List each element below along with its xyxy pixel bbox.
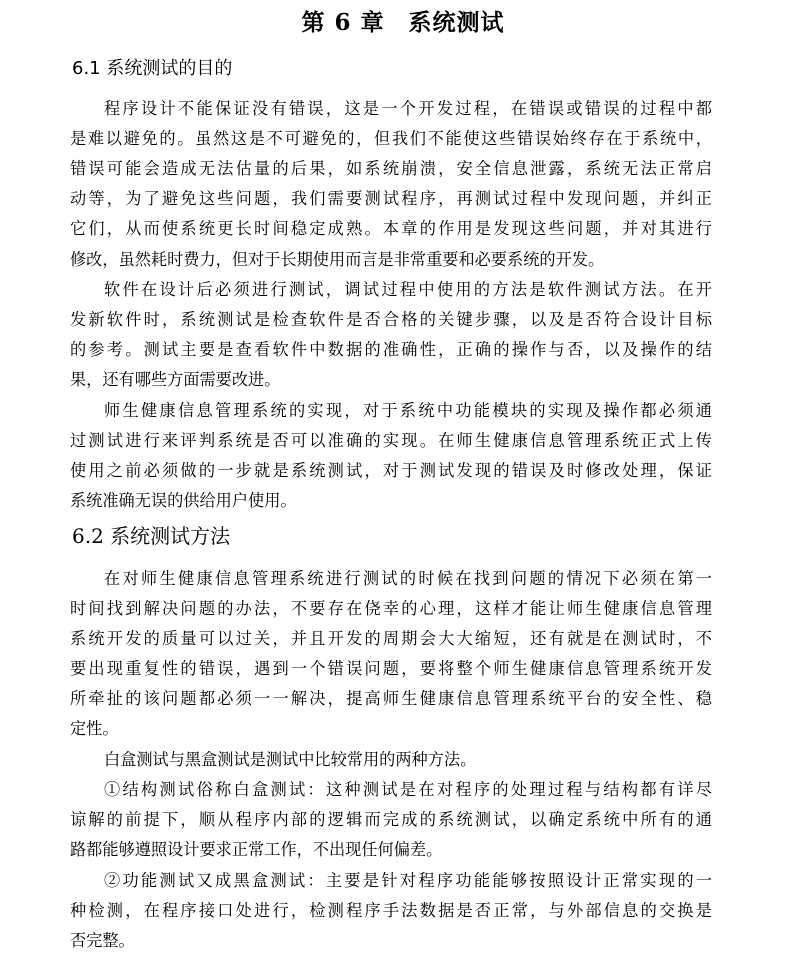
paragraph-line: ②功能测试又成黑盒测试：主要是针对程序功能能够按照设计正常实现的一 xyxy=(104,870,712,892)
paragraph-line: 要出现重复性的错误，遇到一个错误问题，要将整个师生健康信息管理系统开发 xyxy=(70,658,712,680)
paragraph-line: 过测试进行来评判系统是否可以准确的实现。在师生健康信息管理系统正式上传 xyxy=(70,430,712,452)
paragraph-line: 错误可能会造成无法估量的后果，如系统崩溃，安全信息泄露，系统无法正常启 xyxy=(70,158,712,180)
paragraph-line: 果，还有哪些方面需要改进。 xyxy=(70,369,712,391)
paragraph-line: 种检测，在程序接口处进行，检测程序手法数据是否正常，与外部信息的交换是 xyxy=(70,900,712,922)
paragraph-line: 它们，从而使系统更长时间稳定成熟。本章的作用是发现这些问题，并对其进行 xyxy=(70,218,712,240)
paragraph-line: 所牵扯的该问题都必须一一解决，提高师生健康信息管理系统平台的安全性、稳 xyxy=(70,688,712,710)
paragraph-line: 师生健康信息管理系统的实现，对于系统中功能模块的实现及操作都必须通 xyxy=(104,400,712,422)
paragraph-line: 在对师生健康信息管理系统进行测试的时候在找到问题的情况下必须在第一 xyxy=(104,568,712,590)
paragraph-line: 发新软件时，系统测试是检查软件是否合格的关键步骤，以及是否符合设计目标 xyxy=(70,309,712,331)
paragraph-line: 是难以避免的。虽然这是不可避免的，但我们不能使这些错误始终存在于系统中， xyxy=(70,128,712,150)
section-heading-6-2: 6.2 系统测试方法 xyxy=(72,521,230,551)
paragraph-line: 谅解的前提下，顺从程序内部的逻辑而完成的系统测试，以确定系统中所有的通 xyxy=(70,809,712,831)
paragraph-line: ①结构测试俗称白盒测试：这种测试是在对程序的处理过程与结构都有详尽 xyxy=(104,779,712,801)
chapter-title: 第 6 章 系统测试 xyxy=(0,6,806,40)
paragraph-line: 系统开发的质量可以过关，并且开发的周期会大大缩短，还有就是在测试时，不 xyxy=(70,628,712,650)
paragraph-line: 程序设计不能保证没有错误，这是一个开发过程，在错误或错误的过程中都 xyxy=(104,98,712,120)
paragraph-line: 定性。 xyxy=(70,718,712,740)
paragraph-line: 白盒测试与黑盒测试是测试中比较常用的两种方法。 xyxy=(104,749,712,771)
paragraph-line: 使用之前必须做的一步就是系统测试，对于测试发现的错误及时修改处理，保证 xyxy=(70,460,712,482)
paragraph-line: 路都能够遵照设计要求正常工作，不出现任何偏差。 xyxy=(70,839,712,861)
paragraph-line: 修改，虽然耗时费力，但对于长期使用而言是非常重要和必要系统的开发。 xyxy=(70,249,712,271)
paragraph-line: 动等，为了避免这些问题，我们需要测试程序，再测试过程中发现问题，并纠正 xyxy=(70,188,712,210)
paragraph-line: 的参考。测试主要是查看软件中数据的准确性，正确的操作与否，以及操作的结 xyxy=(70,339,712,361)
paragraph-line: 系统准确无误的供给用户使用。 xyxy=(70,490,712,512)
section-heading-6-1: 6.1 系统测试的目的 xyxy=(72,56,232,82)
paragraph-line: 时间找到解决问题的办法，不要存在侥幸的心理，这样才能让师生健康信息管理 xyxy=(70,598,712,620)
document-page: 第 6 章 系统测试 6.1 系统测试的目的 程序设计不能保证没有错误，这是一个… xyxy=(0,0,806,977)
paragraph-line: 软件在设计后必须进行测试，调试过程中使用的方法是软件测试方法。在开 xyxy=(104,279,712,301)
paragraph-line: 否完整。 xyxy=(70,930,712,952)
